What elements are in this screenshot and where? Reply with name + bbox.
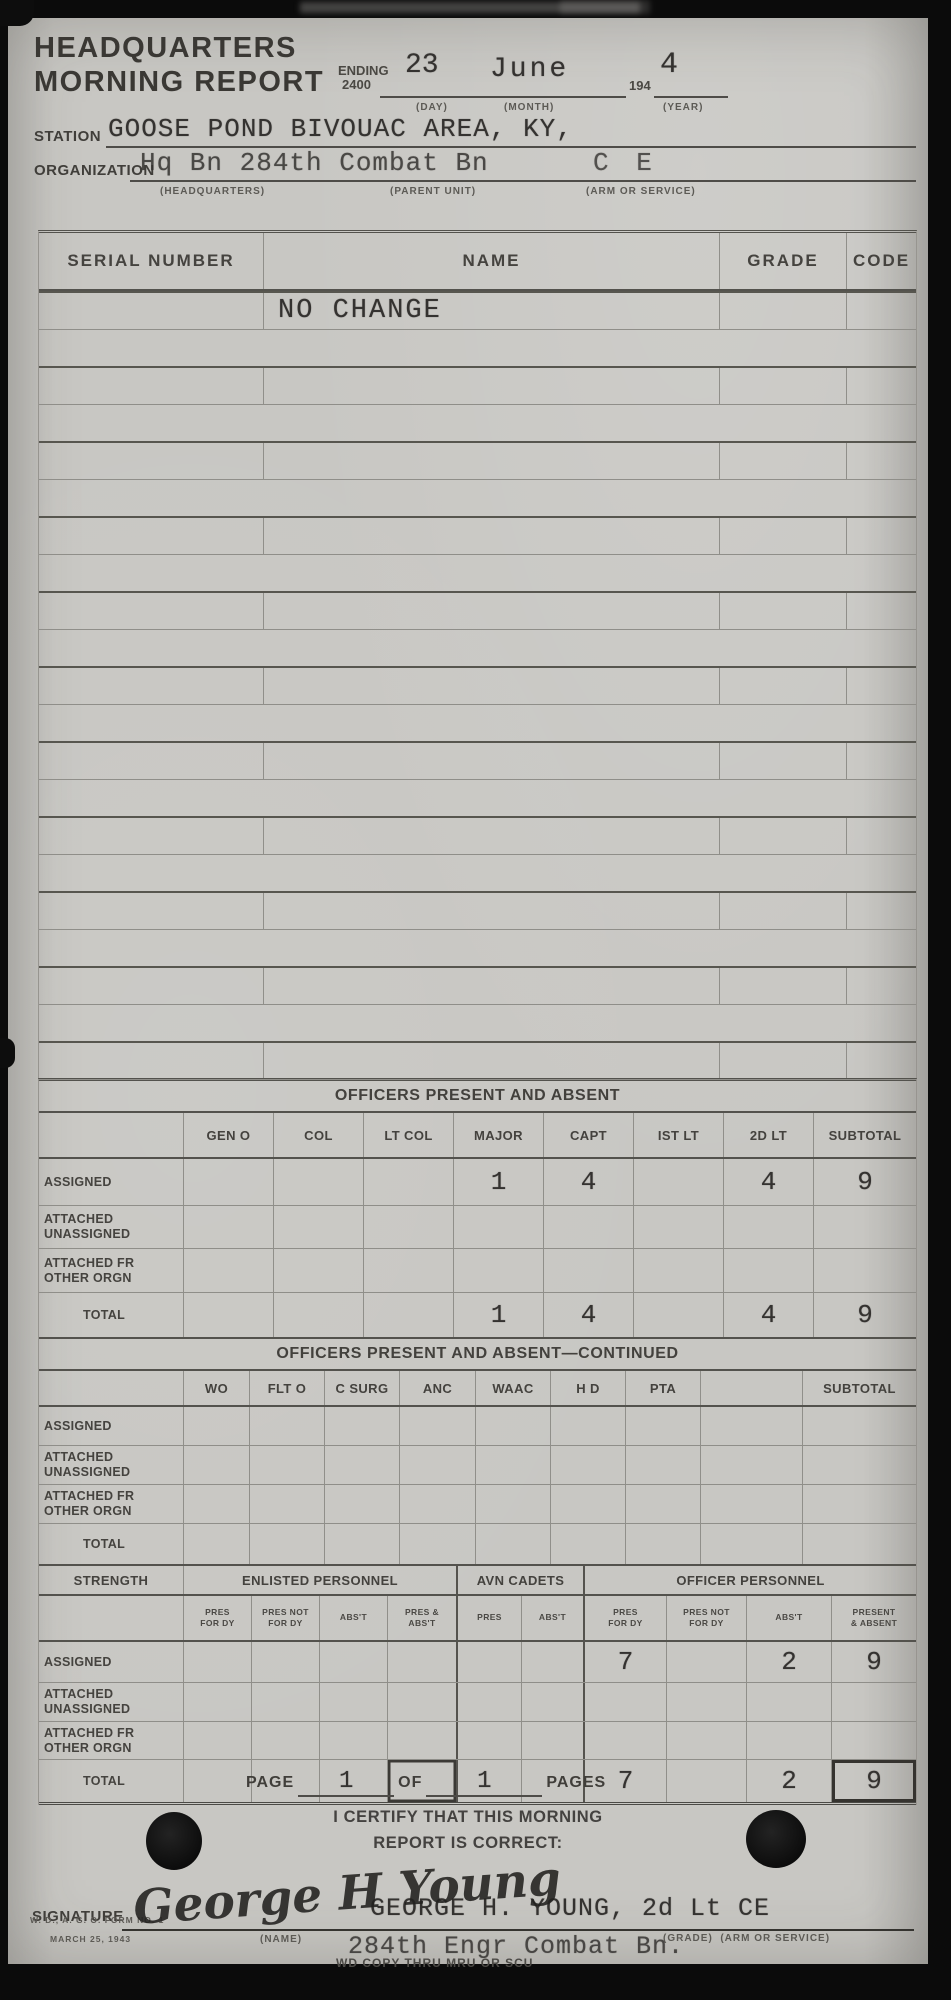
col-name: NAME bbox=[263, 233, 719, 289]
col-of-abst: ABS'T bbox=[746, 1596, 831, 1640]
continued-row-total: TOTAL bbox=[39, 1524, 916, 1566]
roster-gap bbox=[39, 329, 916, 366]
officers-row-attached-fr: ATTACHED FR OTHER ORGN bbox=[39, 1249, 916, 1293]
grade-arm-labels: (GRADE) (ARM OR SERVICE) bbox=[663, 1933, 830, 1944]
strength-subheader-row: PRES FOR DY PRES NOT FOR DY ABS'T PRES &… bbox=[39, 1596, 916, 1642]
assigned-off-abst: 2 bbox=[746, 1642, 831, 1682]
station-underline bbox=[106, 118, 916, 148]
assigned-off-pres: 7 bbox=[583, 1642, 666, 1682]
col-av-abst: ABS'T bbox=[521, 1596, 583, 1640]
col-serial-number: SERIAL NUMBER bbox=[39, 233, 263, 289]
assigned-major: 1 bbox=[453, 1159, 543, 1205]
wd-copy-note: WD COPY THRU MRU OR SCU bbox=[336, 1956, 533, 1970]
col-col: COL bbox=[273, 1113, 363, 1157]
col-of-pres-abs: PRESENT & ABSENT bbox=[831, 1596, 916, 1640]
col-of-pres-dy: PRES FOR DY bbox=[583, 1596, 666, 1640]
col-grade: GRADE bbox=[719, 233, 846, 289]
officers-row-attached-unassigned: ATTACHED UNASSIGNED bbox=[39, 1206, 916, 1249]
scan-smudge-top2 bbox=[560, 0, 650, 14]
roster-gap bbox=[39, 854, 916, 891]
of-label: OF bbox=[398, 1774, 422, 1791]
col-gen-o: GEN O bbox=[183, 1113, 273, 1157]
roster-row bbox=[39, 516, 916, 554]
organization-underline bbox=[130, 152, 916, 182]
month-underline bbox=[474, 68, 626, 98]
headquarters-label: (HEADQUARTERS) bbox=[160, 186, 265, 197]
col-flt-o: FLT O bbox=[249, 1371, 324, 1405]
morning-report-form: HEADQUARTERS MORNING REPORT ENDING 2400 … bbox=[8, 18, 928, 1964]
scanned-morning-report: { "header": { "title_line1": "HEADQUARTE… bbox=[0, 0, 951, 2000]
assigned-off-presabs: 9 bbox=[831, 1642, 916, 1682]
arm-or-service-label: (ARM OR SERVICE) bbox=[586, 186, 696, 197]
col-capt: CAPT bbox=[543, 1113, 633, 1157]
col-en-pres-abst: PRES & ABS'T bbox=[387, 1596, 456, 1640]
col-blank bbox=[700, 1371, 802, 1405]
roster-row bbox=[39, 1041, 916, 1079]
col-subtotal2: SUBTOTAL bbox=[802, 1371, 916, 1405]
officers-header-row: GEN O COL LT COL MAJOR CAPT IST LT 2D LT… bbox=[39, 1113, 916, 1159]
page-number: 1 bbox=[339, 1768, 353, 1795]
roster-row bbox=[39, 666, 916, 704]
roster-header-row: SERIAL NUMBER NAME GRADE CODE bbox=[39, 233, 916, 291]
hole-punch-left bbox=[146, 1812, 202, 1870]
scan-corner-mark bbox=[0, 0, 34, 26]
col-subtotal: SUBTOTAL bbox=[813, 1113, 916, 1157]
roster-row bbox=[39, 966, 916, 1004]
form-title-line1: HEADQUARTERS bbox=[34, 32, 297, 65]
col-av-pres: PRES bbox=[456, 1596, 521, 1640]
station-label: STATION bbox=[34, 128, 101, 145]
roster-row bbox=[39, 741, 916, 779]
roster-row: NO CHANGE bbox=[39, 291, 916, 329]
col-waac: WAAC bbox=[475, 1371, 550, 1405]
year-label: (YEAR) bbox=[663, 102, 703, 113]
officers-row-assigned: ASSIGNED 1 4 4 9 bbox=[39, 1159, 916, 1206]
strength-group-row: STRENGTH ENLISTED PERSONNEL AVN CADETS O… bbox=[39, 1566, 916, 1596]
col-pta: PTA bbox=[625, 1371, 700, 1405]
assigned-capt: 4 bbox=[543, 1159, 633, 1205]
roster-gap bbox=[39, 929, 916, 966]
col-code: CODE bbox=[846, 233, 916, 289]
continued-row-attached-fr: ATTACHED FR OTHER ORGN bbox=[39, 1485, 916, 1524]
scan-edge-mark bbox=[0, 1038, 15, 1068]
continued-row-assigned: ASSIGNED bbox=[39, 1407, 916, 1446]
summary-tables: OFFICERS PRESENT AND ABSENT GEN O COL LT… bbox=[38, 1078, 917, 1805]
col-2d-lt: 2D LT bbox=[723, 1113, 813, 1157]
roster-gap bbox=[39, 1004, 916, 1041]
col-h-d: H D bbox=[550, 1371, 625, 1405]
month-label: (MONTH) bbox=[504, 102, 554, 113]
officers-row-total: TOTAL 1 4 4 9 bbox=[39, 1293, 916, 1339]
roster-row bbox=[39, 891, 916, 929]
col-of-pres-not: PRES NOT FOR DY bbox=[666, 1596, 746, 1640]
col-major: MAJOR bbox=[453, 1113, 543, 1157]
roster-table: SERIAL NUMBER NAME GRADE CODE NO CHANGE bbox=[38, 230, 917, 1116]
col-en-abst: ABS'T bbox=[319, 1596, 387, 1640]
parent-unit-label: (PARENT UNIT) bbox=[390, 186, 476, 197]
name-label: (NAME) bbox=[260, 1934, 302, 1945]
col-anc: ANC bbox=[399, 1371, 475, 1405]
assigned-2dlt: 4 bbox=[723, 1159, 813, 1205]
officers-table-title: OFFICERS PRESENT AND ABSENT bbox=[39, 1081, 916, 1113]
col-en-pres-dy: PRES FOR DY bbox=[183, 1596, 251, 1640]
group-avn-cadets: AVN CADETS bbox=[456, 1566, 583, 1594]
total-off-presabs: 9 bbox=[831, 1760, 916, 1802]
group-enlisted: ENLISTED PERSONNEL bbox=[183, 1566, 456, 1594]
col-wo: WO bbox=[183, 1371, 249, 1405]
strength-row-attached-unassigned: ATTACHED UNASSIGNED bbox=[39, 1683, 916, 1722]
officers-continued-header-row: WO FLT O C SURG ANC WAAC H D PTA SUBTOTA… bbox=[39, 1371, 916, 1407]
strength-row-assigned: ASSIGNED 7 2 9 bbox=[39, 1642, 916, 1683]
year-printed: 194 bbox=[629, 78, 651, 93]
roster-row bbox=[39, 366, 916, 404]
total-capt: 4 bbox=[543, 1293, 633, 1337]
total-off-abst: 2 bbox=[746, 1760, 831, 1802]
total-subtotal: 9 bbox=[813, 1293, 916, 1337]
grade-cell bbox=[719, 293, 846, 329]
serial-cell bbox=[39, 293, 263, 329]
page-label: PAGE bbox=[246, 1774, 294, 1791]
roster-gap bbox=[39, 404, 916, 441]
total-major: 1 bbox=[453, 1293, 543, 1337]
pagination: PAGE 1 OF 1 PAGES bbox=[246, 1768, 606, 1797]
continued-row-attached-unassigned: ATTACHED UNASSIGNED bbox=[39, 1446, 916, 1485]
col-c-surg: C SURG bbox=[324, 1371, 399, 1405]
strength-row-attached-fr: ATTACHED FR OTHER ORGN bbox=[39, 1722, 916, 1760]
pages-number: 1 bbox=[477, 1768, 491, 1795]
name-cell: NO CHANGE bbox=[263, 293, 719, 329]
roster-gap bbox=[39, 629, 916, 666]
roster-gap bbox=[39, 704, 916, 741]
day-label: (DAY) bbox=[416, 102, 448, 113]
strength-label: STRENGTH bbox=[39, 1566, 183, 1594]
roster-row bbox=[39, 816, 916, 854]
pages-label: PAGES bbox=[546, 1774, 606, 1791]
roster-gap bbox=[39, 779, 916, 816]
col-1st-lt: IST LT bbox=[633, 1113, 723, 1157]
assigned-subtotal: 9 bbox=[813, 1159, 916, 1205]
total-2dlt: 4 bbox=[723, 1293, 813, 1337]
form-date: MARCH 25, 1943 bbox=[50, 1934, 131, 1944]
hole-punch-right bbox=[746, 1810, 806, 1868]
roster-row bbox=[39, 591, 916, 629]
officers-continued-title: OFFICERS PRESENT AND ABSENT—CONTINUED bbox=[39, 1339, 916, 1371]
form-title-line2: MORNING REPORT bbox=[34, 66, 324, 99]
code-cell bbox=[846, 293, 916, 329]
roster-gap bbox=[39, 554, 916, 591]
group-officer: OFFICER PERSONNEL bbox=[583, 1566, 916, 1594]
year-underline bbox=[654, 68, 728, 98]
col-en-pres-not: PRES NOT FOR DY bbox=[251, 1596, 319, 1640]
col-lt-col: LT COL bbox=[363, 1113, 453, 1157]
roster-row bbox=[39, 441, 916, 479]
roster-gap bbox=[39, 479, 916, 516]
